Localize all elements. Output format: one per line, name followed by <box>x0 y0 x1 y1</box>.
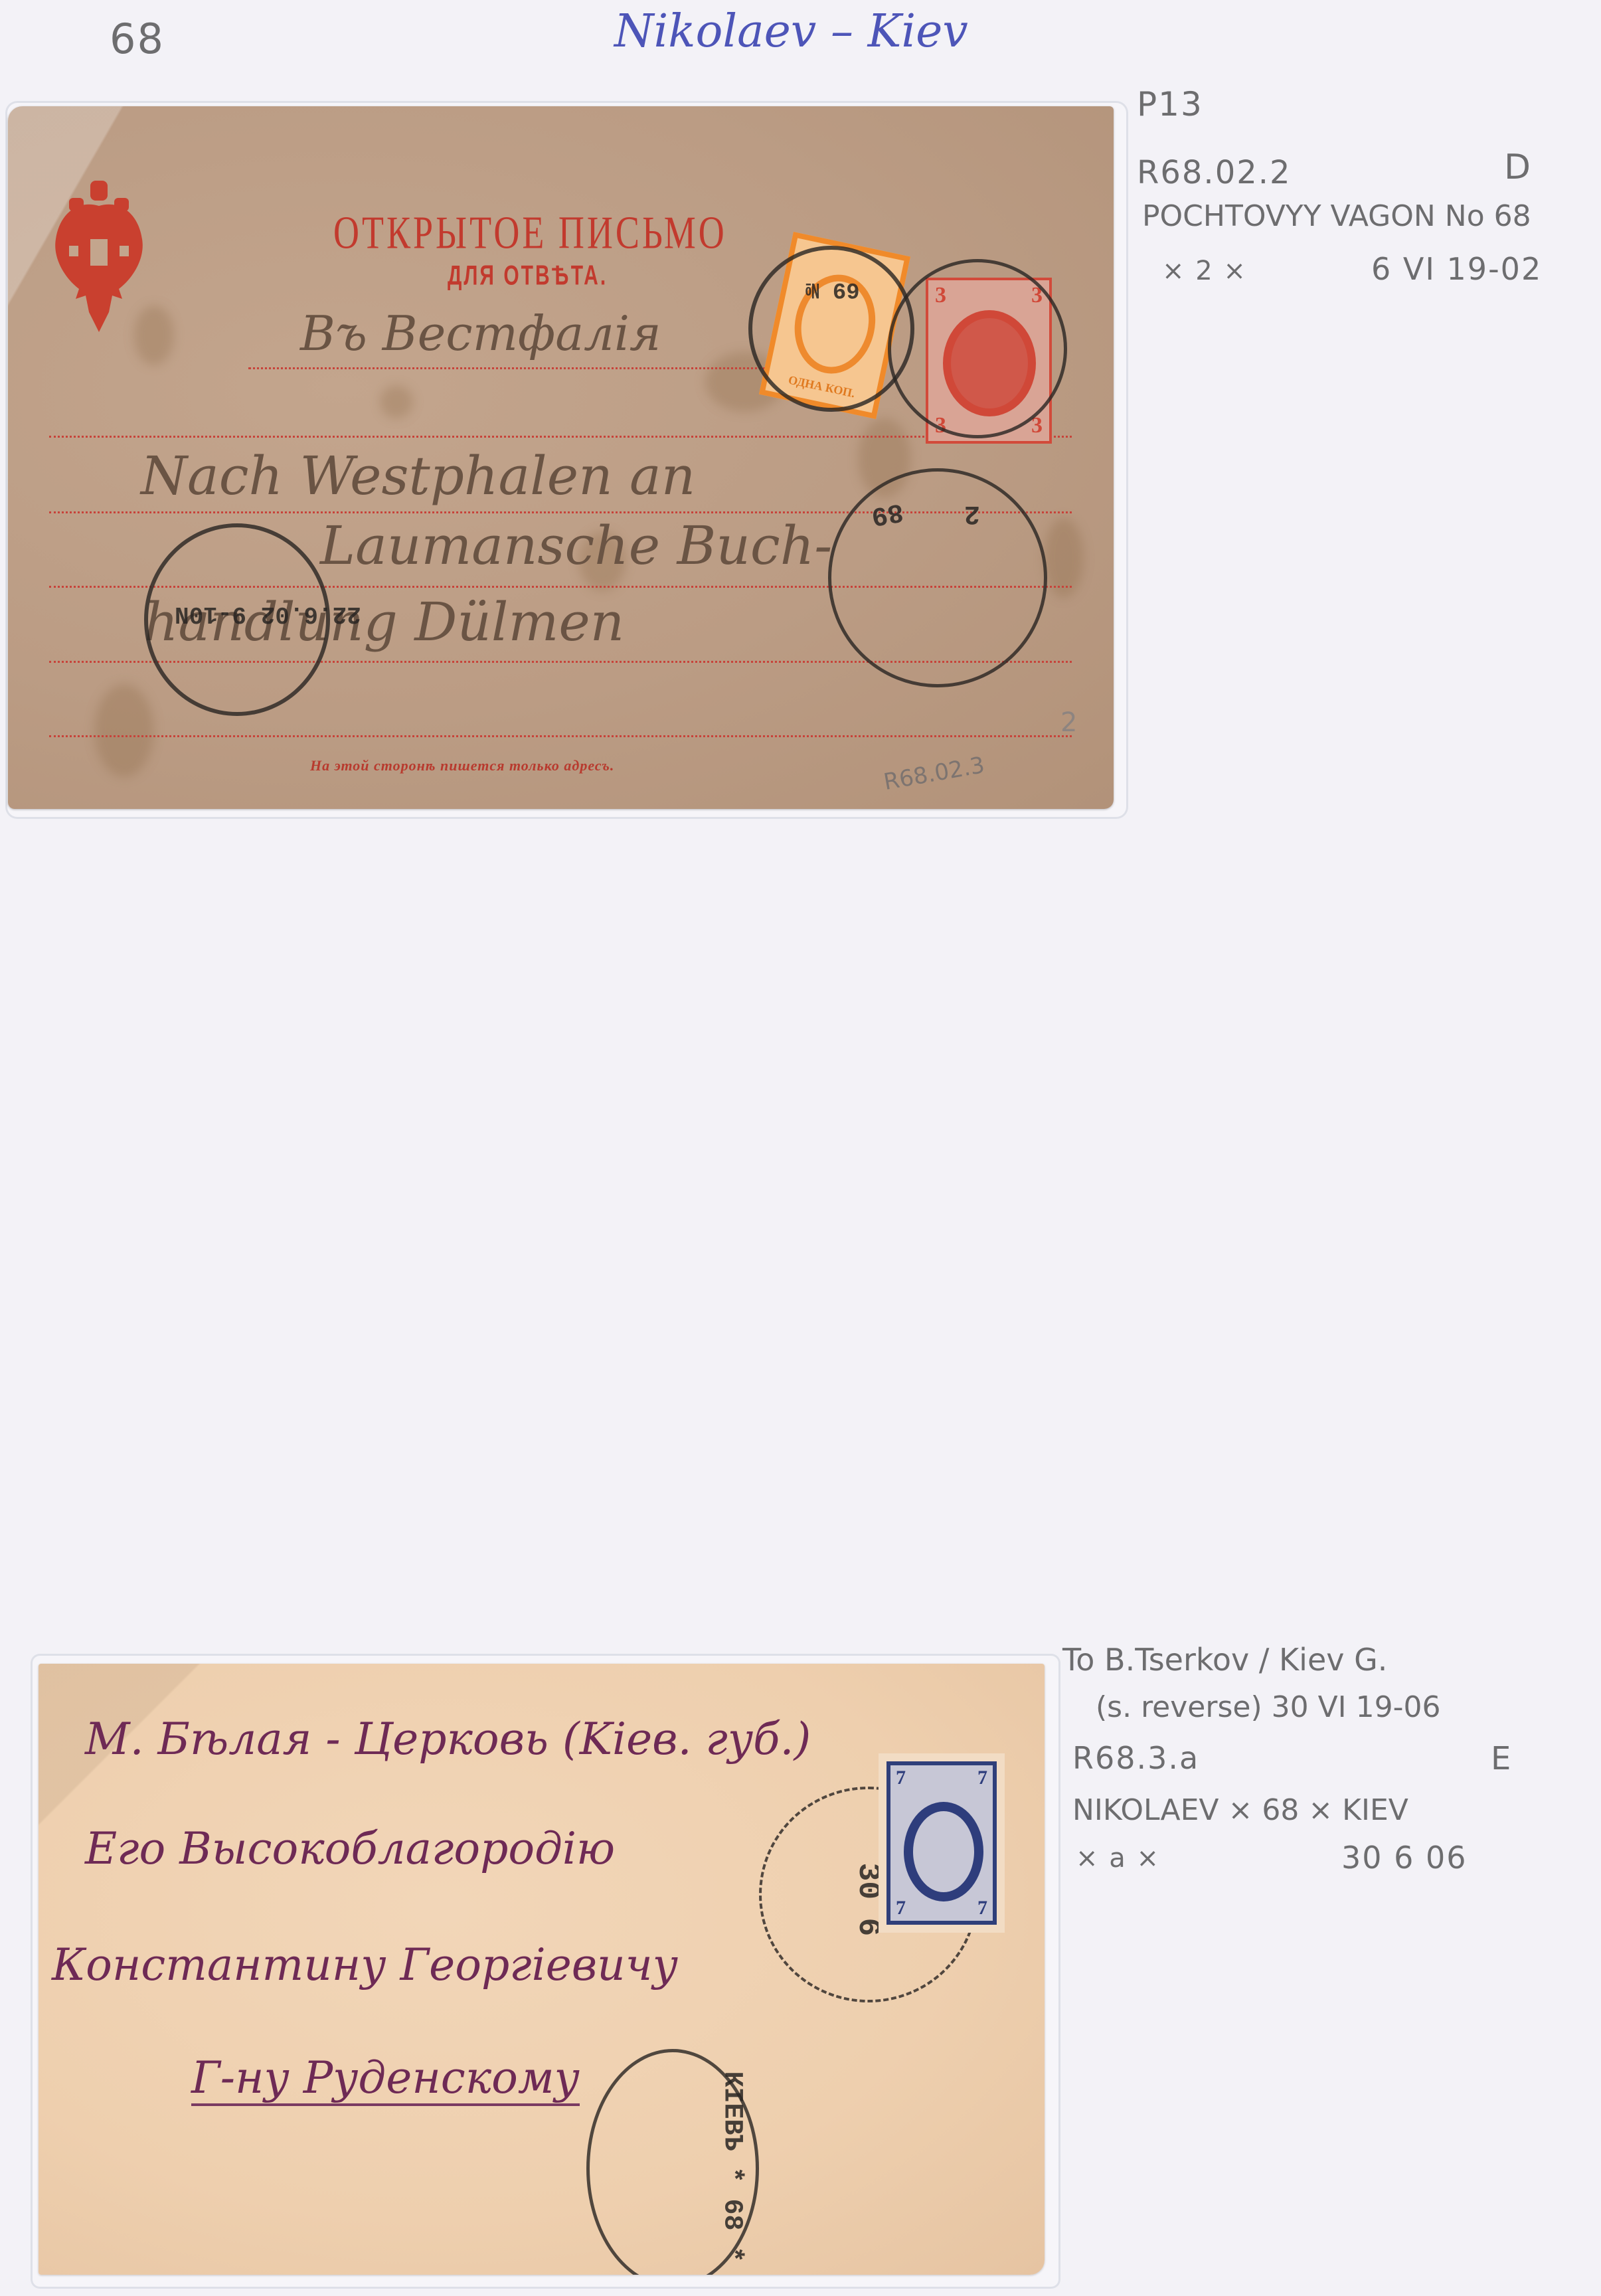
address-line-2: Nach Westphalen an <box>141 445 695 507</box>
postal-card: ОТКРЫТОЕ ПИСЬМО ДЛЯ ОТВѢТА. Въ Вестфалiя… <box>8 106 1114 809</box>
page-number: 68 <box>110 15 165 63</box>
pencil-mark: 2 <box>1060 707 1078 738</box>
catalogue-number: P13 <box>1137 85 1203 124</box>
address-line-4: Г-ну Руденскому <box>191 2052 580 2106</box>
postmark-code: × a × <box>1076 1843 1160 1874</box>
address-line-3: Константину Георгiевичу <box>52 1939 678 1990</box>
nikolaev-kiev-railway-postmark: КIЕВЪ * 68 * <box>586 2049 759 2275</box>
card-subtitle: ДЛЯ ОТВѢТА. <box>448 260 608 292</box>
card-title: ОТКРЫТОЕ ПИСЬМО <box>333 206 727 260</box>
reference-number: R68.3.a <box>1072 1740 1199 1776</box>
postmark-date: 30 6 06 <box>1341 1840 1468 1876</box>
postal-cover: М. Бѣлая - Церковь (Kiев. губ.) Его Высо… <box>39 1664 1045 2275</box>
address-line-3: Laumansche Buch- <box>320 515 832 576</box>
postmark-name: NIKOLAEV × 68 × KIEV <box>1072 1793 1408 1827</box>
postmark-code: × 2 × <box>1162 256 1247 286</box>
address-line-1: М. Бѣлая - Церковь (Kiев. губ.) <box>85 1714 811 1765</box>
railway-postmark-right <box>888 259 1067 438</box>
adhesive-stamp-7-kop: 7 7 7 7 <box>879 1753 1005 1933</box>
rarity-grade: D <box>1504 147 1532 187</box>
railway-postmark-middle: 89 2 <box>828 468 1047 687</box>
postmark-name: POCHTOVYY VAGON No 68 <box>1142 199 1531 233</box>
rarity-grade: E <box>1491 1740 1512 1777</box>
postmark-date: 6 VI 19-02 <box>1371 251 1542 287</box>
dulmen-arrival-postmark: 22.6.02 9-10N <box>144 523 330 716</box>
reverse-date-note: (s. reverse) 30 VI 19-06 <box>1096 1690 1441 1724</box>
route-title: Nikolaev – Kiev <box>614 5 968 58</box>
destination-note: To B.Tserkov / Kiev G. <box>1062 1642 1387 1678</box>
reference-number: R68.02.2 <box>1137 154 1292 191</box>
imperial-eagle-icon <box>49 179 149 335</box>
pencil-reference: R68.02.3 <box>882 752 987 796</box>
address-line-2: Его Высокоблагородiю <box>85 1823 615 1874</box>
card-footer-instruction: На этой сторонѣ пишется только адресъ. <box>310 757 614 774</box>
address-line-1: Въ Вестфалiя <box>300 306 661 361</box>
